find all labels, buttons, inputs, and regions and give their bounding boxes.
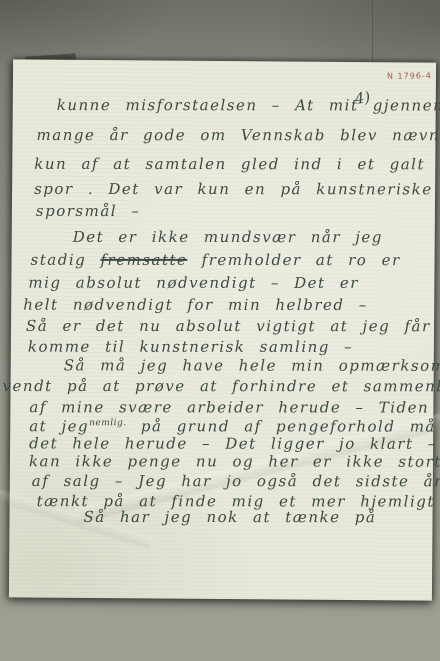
strikethrough-word: fremsatte [100,251,187,269]
handwritten-line: mange år gode om Vennskab blev nævnt [37,126,440,144]
handwritten-line: Så må jeg have hele min opmærksomhed hen… [64,356,440,374]
handwritten-line: at jegnemlig. på grund af pengeforhold m… [29,417,440,435]
line-text: fremholder at ro er [187,251,400,269]
line-text: det hele herude – Det ligger jo klart – [29,434,440,452]
catalog-number: N 1796-4 [387,71,432,80]
handwritten-line: det hele herude – Det ligger jo klart – … [29,434,440,452]
background-seam [372,0,373,64]
photo-background: N 1796-4 4) kunne misforstaelsen – At mi… [0,0,440,661]
line-text: stadig [31,251,101,269]
handwritten-line: mig absolut nødvendigt – Det er [28,274,359,292]
letter-paper: N 1796-4 4) kunne misforstaelsen – At mi… [9,59,436,600]
handwritten-line: stadig fremsatte fremholder at ro er [31,251,401,269]
handwritten-line: komme til kunstnerisk samling – [28,338,353,356]
handwritten-line: helt nødvendigt for min helbred – [23,296,368,314]
handwritten-line: af salg – Jeg har jo også det sidste år [32,472,440,490]
handwritten-line: kun af at samtalen gled ind i et galt [34,155,425,173]
handwritten-line: af mine svære arbeider herude – Tiden er… [29,398,440,416]
handwritten-line: Det er ikke mundsvær når jeg [73,228,383,246]
handwritten-line: kunne misforstaelsen – At mit gjennem [57,96,440,114]
handwritten-line: sporsmål – [36,202,140,220]
handwritten-line: Så har jeg nok at tænke på [84,508,377,526]
handwritten-line: kan ikke penge nu og her er ikke stort a… [29,452,440,470]
line-text: at jeg [29,417,89,435]
line-text: på grund af pengeforhold må opgive [127,417,440,435]
handwritten-line: vendt på at prøve at forhindre et sammen… [3,377,440,395]
handwritten-line: spor . Det var kun en på kunstneriske [34,180,432,198]
handwritten-line: Så er det nu absolut vigtigt at jeg får [26,317,431,335]
inserted-word: nemlig. [89,418,127,428]
